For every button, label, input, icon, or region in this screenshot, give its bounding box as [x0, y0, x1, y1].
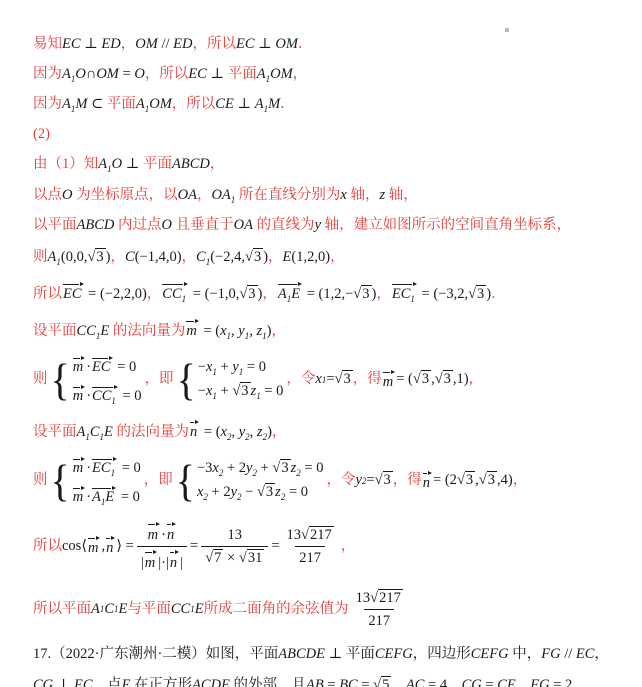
text-run: BC [339, 677, 358, 687]
text-run: E [104, 424, 113, 440]
text-run: EC [392, 286, 411, 302]
text-run: ，所以 [172, 96, 216, 112]
text-run: EC [62, 36, 81, 52]
text-run: E [291, 286, 300, 302]
text-run: 中， [509, 646, 542, 662]
text-run: // [158, 36, 173, 52]
text-run: ⊥ [53, 677, 74, 687]
denominator: √7 × √31 [201, 546, 268, 567]
solution-line-axis-y-setup: 以平面ABCD 内过点O 且垂直于OA 的直线为y 轴，建立如图所示的空间直角坐… [33, 217, 620, 234]
text-run: ， [210, 156, 225, 172]
radicand: 3 [265, 483, 275, 500]
text-run: 3 [343, 371, 350, 387]
text-run: A [91, 601, 100, 618]
text-run: 3 [422, 371, 429, 387]
text-run: 17.（2022·广东潮州·二模）如图，平面 [33, 646, 278, 662]
text-run: n [190, 424, 197, 440]
text-run: , [250, 424, 257, 440]
text-run: ， [293, 66, 308, 82]
text-run: ． [280, 96, 295, 112]
text-run: 3 [466, 472, 473, 488]
radicand: 3 [253, 248, 263, 265]
text-run: 3 [248, 286, 255, 302]
text-run: 31 [248, 550, 263, 566]
text-run: (2) [33, 126, 50, 142]
vector-overarrow: m [72, 355, 86, 376]
text-run: , [231, 424, 238, 440]
text-run: ． [491, 286, 506, 302]
radicand: 3 [361, 285, 371, 302]
denominator: |m|·|n| [137, 546, 187, 572]
text-run: A [257, 66, 266, 82]
radicand: 3 [247, 285, 257, 302]
text-run: C [90, 424, 100, 440]
numerator: 13√217 [352, 588, 407, 609]
equation-system-m: 则{m·EC = 0m·CC1 = 0，即{−x1 + y1 = 0−x1 + … [33, 355, 620, 405]
sqrt-radical: √3 [435, 371, 453, 388]
text-run: 3 [477, 286, 484, 302]
vector-overarrow: n [105, 535, 116, 557]
radicand: 5 [381, 676, 391, 687]
equation-rows: m·EC1 = 0m·A1E = 0 [72, 456, 141, 506]
text-run: 因为 [33, 66, 62, 82]
text-run: AB [306, 677, 324, 687]
text-run: E [195, 601, 204, 618]
radical-sign: √ [370, 590, 378, 606]
text-run: OM [275, 36, 298, 52]
cosine-computation-line: 所以cos⟨m,n⟩ = m·n|m|·|n| = 13√7 × √31 = 1… [33, 520, 620, 572]
text-run: E [105, 489, 114, 505]
text-run: n [423, 475, 430, 491]
text-run: n [167, 527, 174, 543]
math-solution-document: 易知EC ⊥ ED，OM // ED，所以EC ⊥ OM． 因为A1O∩OM =… [0, 0, 642, 687]
text-run: + 2 [223, 460, 246, 476]
sqrt-radical: √3 [353, 285, 371, 302]
text-run: 7 [214, 550, 221, 566]
text-run: = 0 [117, 489, 140, 505]
radical-sign: √ [257, 484, 265, 500]
text-run: ，令 [326, 472, 355, 489]
text-run: E [119, 601, 128, 618]
text-run: CC [171, 601, 190, 618]
radical-sign: √ [373, 677, 381, 687]
vector-overarrow: n [169, 549, 180, 572]
text-run: ED [101, 36, 120, 52]
text-run: ED [173, 36, 192, 52]
text-run: EC [92, 460, 111, 476]
text-run: n [170, 555, 177, 571]
text-run: 的法向量为 [109, 323, 185, 339]
text-run: ∩ [86, 66, 96, 82]
text-run: OA [234, 217, 253, 233]
text-run: = 0 [119, 388, 142, 404]
text-run: = ( [396, 371, 413, 388]
text-run: 设平面 [33, 323, 77, 339]
text-run: (0,0, [61, 249, 88, 265]
text-run: 5 [382, 677, 389, 687]
text-run: ，所以 [145, 66, 189, 82]
text-run: ,4) [497, 472, 513, 489]
sqrt-radical: √3 [375, 472, 393, 489]
text-run: + [217, 383, 232, 399]
radicand: 3 [476, 285, 486, 302]
vector-overarrow: m [185, 318, 199, 340]
left-brace-icon: { [177, 360, 196, 400]
text-run: EC [92, 359, 111, 375]
text-run: ⊥ [122, 156, 143, 172]
radicand: 3 [421, 370, 431, 387]
text-run: ⊥ [81, 36, 102, 52]
text-run: + [217, 359, 232, 375]
subscript: 1 [182, 294, 187, 304]
text-run: m [88, 540, 98, 556]
text-run: C [104, 601, 114, 618]
radicand: 3 [280, 459, 290, 476]
text-run: 13 [287, 527, 302, 543]
text-run: 则 [33, 371, 48, 388]
equation-row: −x1 + y1 = 0 [198, 360, 284, 376]
text-run: ， [330, 249, 345, 265]
text-run: ，四边形 [413, 646, 471, 662]
text-run: + 2 [208, 484, 231, 500]
text-run: 所成二面角的余弦值为 [204, 601, 349, 618]
sqrt-radical: √31 [239, 549, 264, 566]
text-run: = (1,2,− [303, 286, 353, 302]
text-run: | [180, 555, 183, 571]
text-run: A [92, 489, 101, 505]
text-run: E [100, 323, 109, 339]
equation-rows: m·EC = 0m·CC1 = 0 [72, 355, 142, 405]
vector-overarrow: EC1 [91, 456, 118, 477]
text-run: 则 [33, 249, 48, 265]
part-2-label: (2) [33, 126, 620, 143]
text-run: O [112, 156, 122, 172]
text-run: = 0 [114, 359, 137, 375]
equation-row: −3x2 + 2y2 + √3z2 = 0 [197, 461, 324, 477]
text-run: = 0 [261, 383, 284, 399]
text-run: 217 [379, 590, 401, 606]
text-run: 217 [299, 550, 321, 566]
text-run: = 0 [301, 460, 324, 476]
vector-overarrow: m [147, 521, 161, 544]
radical-sign: √ [375, 472, 383, 488]
radical-sign: √ [457, 472, 465, 488]
text-run: m [73, 489, 83, 505]
vector-overarrow: m [144, 549, 158, 572]
sqrt-radical: √7 [205, 549, 223, 566]
text-run: EC [188, 66, 207, 82]
radicand: 217 [378, 589, 403, 606]
sqrt-radical: √3 [87, 248, 105, 265]
vector-overarrow: m [72, 456, 86, 477]
text-run: ， [182, 249, 197, 265]
problem-17-statement-line-1: 17.（2022·广东潮州·二模）如图，平面ABCDE ⊥ 平面CEFG，四边形… [33, 646, 620, 663]
text-run: ，令 [286, 371, 315, 388]
text-run: 3 [266, 484, 273, 500]
sqrt-radical: √3 [239, 285, 257, 302]
text-run: ， [268, 249, 283, 265]
problem-17-statement-line-2: CG ⊥ EC，点E 在正方形ACDE 的外部，且AB = BC = √5，AC… [33, 677, 620, 687]
text-run: OA [211, 187, 230, 203]
text-run: ， [272, 424, 287, 440]
text-run: ． [298, 36, 313, 52]
radical-sign: √ [205, 550, 213, 566]
text-run: ⟩ = [116, 538, 133, 555]
text-run: 的法向量为 [113, 424, 189, 440]
sqrt-radical: √217 [301, 526, 334, 543]
sqrt-radical: √5 [373, 676, 391, 687]
sqrt-radical: √3 [479, 472, 497, 489]
sqrt-radical: √3 [468, 285, 486, 302]
text-run: 轴， [347, 187, 380, 203]
radicand: 3 [487, 471, 497, 488]
text-run: cos⟨ [62, 538, 87, 555]
text-run: A [278, 286, 287, 302]
text-run: CC [162, 286, 181, 302]
radical-sign: √ [413, 371, 421, 387]
text-run: EC [74, 677, 93, 687]
text-run: 以平面 [33, 217, 77, 233]
equation-system-n: 则{m·EC1 = 0m·A1E = 0，即{−3x2 + 2y2 + √3z2… [33, 456, 620, 506]
radical-sign: √ [301, 527, 309, 543]
text-run: m [383, 374, 393, 390]
solution-line-vectors: 所以EC = (−2,2,0)，CC1 = (−1,0,√3)，A1E = (1… [33, 281, 620, 303]
text-run: 平面 [107, 96, 136, 112]
text-run: 内过点 [114, 217, 161, 233]
text-run: 与平面 [127, 601, 171, 618]
text-run: EC [576, 646, 595, 662]
text-run: ， [121, 36, 136, 52]
vector-overarrow: m [382, 369, 396, 391]
sqrt-radical: √3 [232, 382, 250, 399]
text-run: m [73, 388, 83, 404]
equation-row: m·CC1 = 0 [72, 384, 142, 405]
text-run: = (−3,2, [418, 286, 468, 302]
text-run: C [125, 249, 135, 265]
text-run: ，所以 [192, 36, 236, 52]
text-run: ， [469, 371, 484, 388]
text-run: O [134, 66, 144, 82]
text-run: − [198, 383, 206, 399]
text-run: // [561, 646, 576, 662]
text-run: ABCD [172, 156, 210, 172]
equation-row: x2 + 2y2 − √3z2 = 0 [197, 485, 324, 501]
conclusion-dihedral-angle: 所以平面A1C1E 与平面CC1E 所成二面角的余弦值为13√217217 [33, 588, 620, 630]
text-run: O [161, 217, 171, 233]
denominator: 217 [364, 609, 394, 630]
vector-overarrow: m [72, 384, 86, 405]
radical-sign: √ [479, 472, 487, 488]
numerator: 13 [224, 525, 247, 546]
text-run: × [223, 550, 238, 566]
text-run: = ( [200, 323, 220, 339]
vector-overarrow: CC1 [91, 384, 119, 405]
subscript: 1 [111, 396, 116, 406]
text-run: ⊥ [207, 66, 228, 82]
text-run: = 0 [243, 359, 266, 375]
text-run: ，即 [145, 371, 174, 388]
text-run: 由（1）知 [33, 156, 98, 172]
text-run: ， [271, 323, 286, 339]
text-run: A [62, 96, 71, 112]
radicand: 3 [465, 471, 475, 488]
text-run: 且垂直于 [172, 217, 234, 233]
text-run: 3 [488, 472, 495, 488]
text-run: AC [406, 677, 425, 687]
text-run: ⊂ [87, 96, 106, 112]
radicand: 31 [247, 549, 265, 566]
text-run: C [196, 249, 206, 265]
equation-row: m·EC = 0 [72, 355, 142, 376]
fraction: m·n|m|·|n| [137, 520, 187, 572]
text-run: (1,2,0) [291, 249, 330, 265]
text-run: |·| [158, 555, 169, 571]
text-run: M [268, 96, 280, 112]
text-run: OM [96, 66, 119, 82]
radicand: 217 [309, 526, 334, 543]
text-run: = [366, 472, 374, 489]
text-run: 3 [444, 371, 451, 387]
text-run: 217 [310, 527, 332, 543]
denominator: 217 [295, 546, 325, 567]
text-run: ⊥ [255, 36, 276, 52]
text-run: 3 [241, 383, 248, 399]
text-run: OM [149, 96, 172, 112]
radical-sign: √ [468, 286, 476, 302]
numerator: m·n [143, 520, 182, 546]
text-run: = (−2,2,0) [85, 286, 147, 302]
text-run: ， [516, 677, 531, 687]
text-run: 3 [281, 460, 288, 476]
text-run: 轴，建立如图所示的空间直角坐标系， [321, 217, 571, 233]
radicand: 3 [95, 248, 105, 265]
text-run: ， [513, 472, 528, 489]
text-run: 的直线为 [253, 217, 315, 233]
text-run: OM [135, 36, 158, 52]
solution-line-axes-x-z: 以点O 为坐标原点，以OA，OA1 所在直线分别为x 轴，z 轴， [33, 187, 620, 204]
text-run: = [358, 677, 373, 687]
text-run: (−1,4,0) [135, 249, 182, 265]
text-run: −3 [197, 460, 212, 476]
text-run: O [62, 187, 72, 203]
text-run: A [62, 66, 71, 82]
text-run: y [355, 472, 361, 489]
text-run: = (2 [433, 472, 457, 489]
equation-system: {−x1 + y1 = 0−x1 + √3z1 = 0 [177, 360, 284, 400]
text-run: CE [497, 677, 516, 687]
sqrt-radical: √3 [257, 483, 275, 500]
radicand: 3 [240, 382, 250, 399]
text-run: 的外部，且 [230, 677, 306, 687]
text-run: EC [63, 286, 82, 302]
vector-overarrow: A1E [91, 485, 117, 506]
equation-row: m·A1E = 0 [72, 485, 141, 506]
text-run: 平面 [228, 66, 257, 82]
text-run: = [190, 538, 198, 555]
text-run: ⊥ 平面 [325, 646, 375, 662]
equation-row: m·EC1 = 0 [72, 456, 141, 477]
text-run: O [75, 66, 85, 82]
solution-line-normal-m-def: 设平面CC1E 的法向量为m = (x1, y1, z1)， [33, 318, 620, 340]
vector-overarrow: EC [62, 281, 85, 303]
text-run: FG [530, 677, 549, 687]
vector-overarrow: m [87, 535, 101, 557]
text-run: n [106, 540, 113, 556]
left-brace-icon: { [176, 461, 195, 501]
text-run: m [73, 359, 83, 375]
text-run: ，得 [393, 472, 422, 489]
text-run: 所在直线分别为 [235, 187, 340, 203]
numerator: 13√217 [283, 525, 338, 546]
solution-line-perpendicular-ec-om: 易知EC ⊥ ED，OM // ED，所以EC ⊥ OM． [33, 36, 620, 53]
text-run: A [98, 156, 107, 172]
vector-overarrow: n [189, 419, 200, 441]
text-run: ， [341, 538, 356, 555]
text-run: m [186, 323, 196, 339]
text-run: ⊥ [234, 96, 255, 112]
radical-sign: √ [239, 550, 247, 566]
text-run: OA [178, 187, 197, 203]
solution-line-normal-n-def: 设平面A1C1E 的法向量为n = (x2, y2, z2)， [33, 419, 620, 441]
text-run: = 0 [118, 460, 141, 476]
text-run: 轴， [385, 187, 418, 203]
text-run: = [324, 677, 339, 687]
equation-rows: −x1 + y1 = 0−x1 + √3z1 = 0 [198, 360, 284, 400]
text-run: ABCD [77, 217, 115, 233]
text-run: ， [594, 646, 609, 662]
text-run: A [255, 96, 264, 112]
text-run: 则 [33, 472, 48, 489]
text-run: ,1) [453, 371, 469, 388]
sqrt-radical: √217 [370, 589, 403, 606]
text-run: 在正方形 [130, 677, 192, 687]
text-run: 3 [362, 286, 369, 302]
text-run: CC [77, 323, 96, 339]
text-run: m [73, 460, 83, 476]
text-run: = ( [200, 424, 220, 440]
radicand: 7 [213, 549, 223, 566]
radicand: 3 [342, 370, 352, 387]
text-run: = [271, 538, 279, 555]
text-run: 以点 [33, 187, 62, 203]
left-brace-icon: { [51, 360, 70, 400]
text-run: 所以平面 [33, 601, 91, 618]
text-run: 3 [384, 472, 391, 488]
text-run: 3 [96, 249, 103, 265]
fraction: 13√217217 [352, 588, 407, 630]
subscript: 1 [410, 294, 415, 304]
solution-line-ce-perp-a1m: 因为A1M ⊂ 平面A1OM，所以CE ⊥ A1M． [33, 96, 620, 113]
equation-system: {−3x2 + 2y2 + √3z2 = 0x2 + 2y2 − √3z2 = … [176, 461, 324, 501]
text-run: − [198, 359, 206, 375]
text-run: 3 [254, 249, 261, 265]
text-run: + [257, 460, 272, 476]
text-run: ABCDE [278, 646, 325, 662]
text-run: EC [236, 36, 255, 52]
vector-overarrow: n [422, 470, 433, 492]
radicand: 3 [383, 471, 393, 488]
text-run: m [148, 527, 158, 543]
equation-row: −x1 + √3z1 = 0 [198, 384, 284, 400]
vector-overarrow: EC1 [391, 281, 418, 303]
subscript: 1 [111, 468, 116, 478]
text-run: CE [215, 96, 234, 112]
text-run: m [145, 555, 155, 571]
text-run: = [326, 371, 334, 388]
solution-line-a1o-perp-abcd: 由（1）知A1O ⊥ 平面ABCD， [33, 156, 620, 173]
text-run: CG [33, 677, 53, 687]
vector-overarrow: m [72, 485, 86, 506]
